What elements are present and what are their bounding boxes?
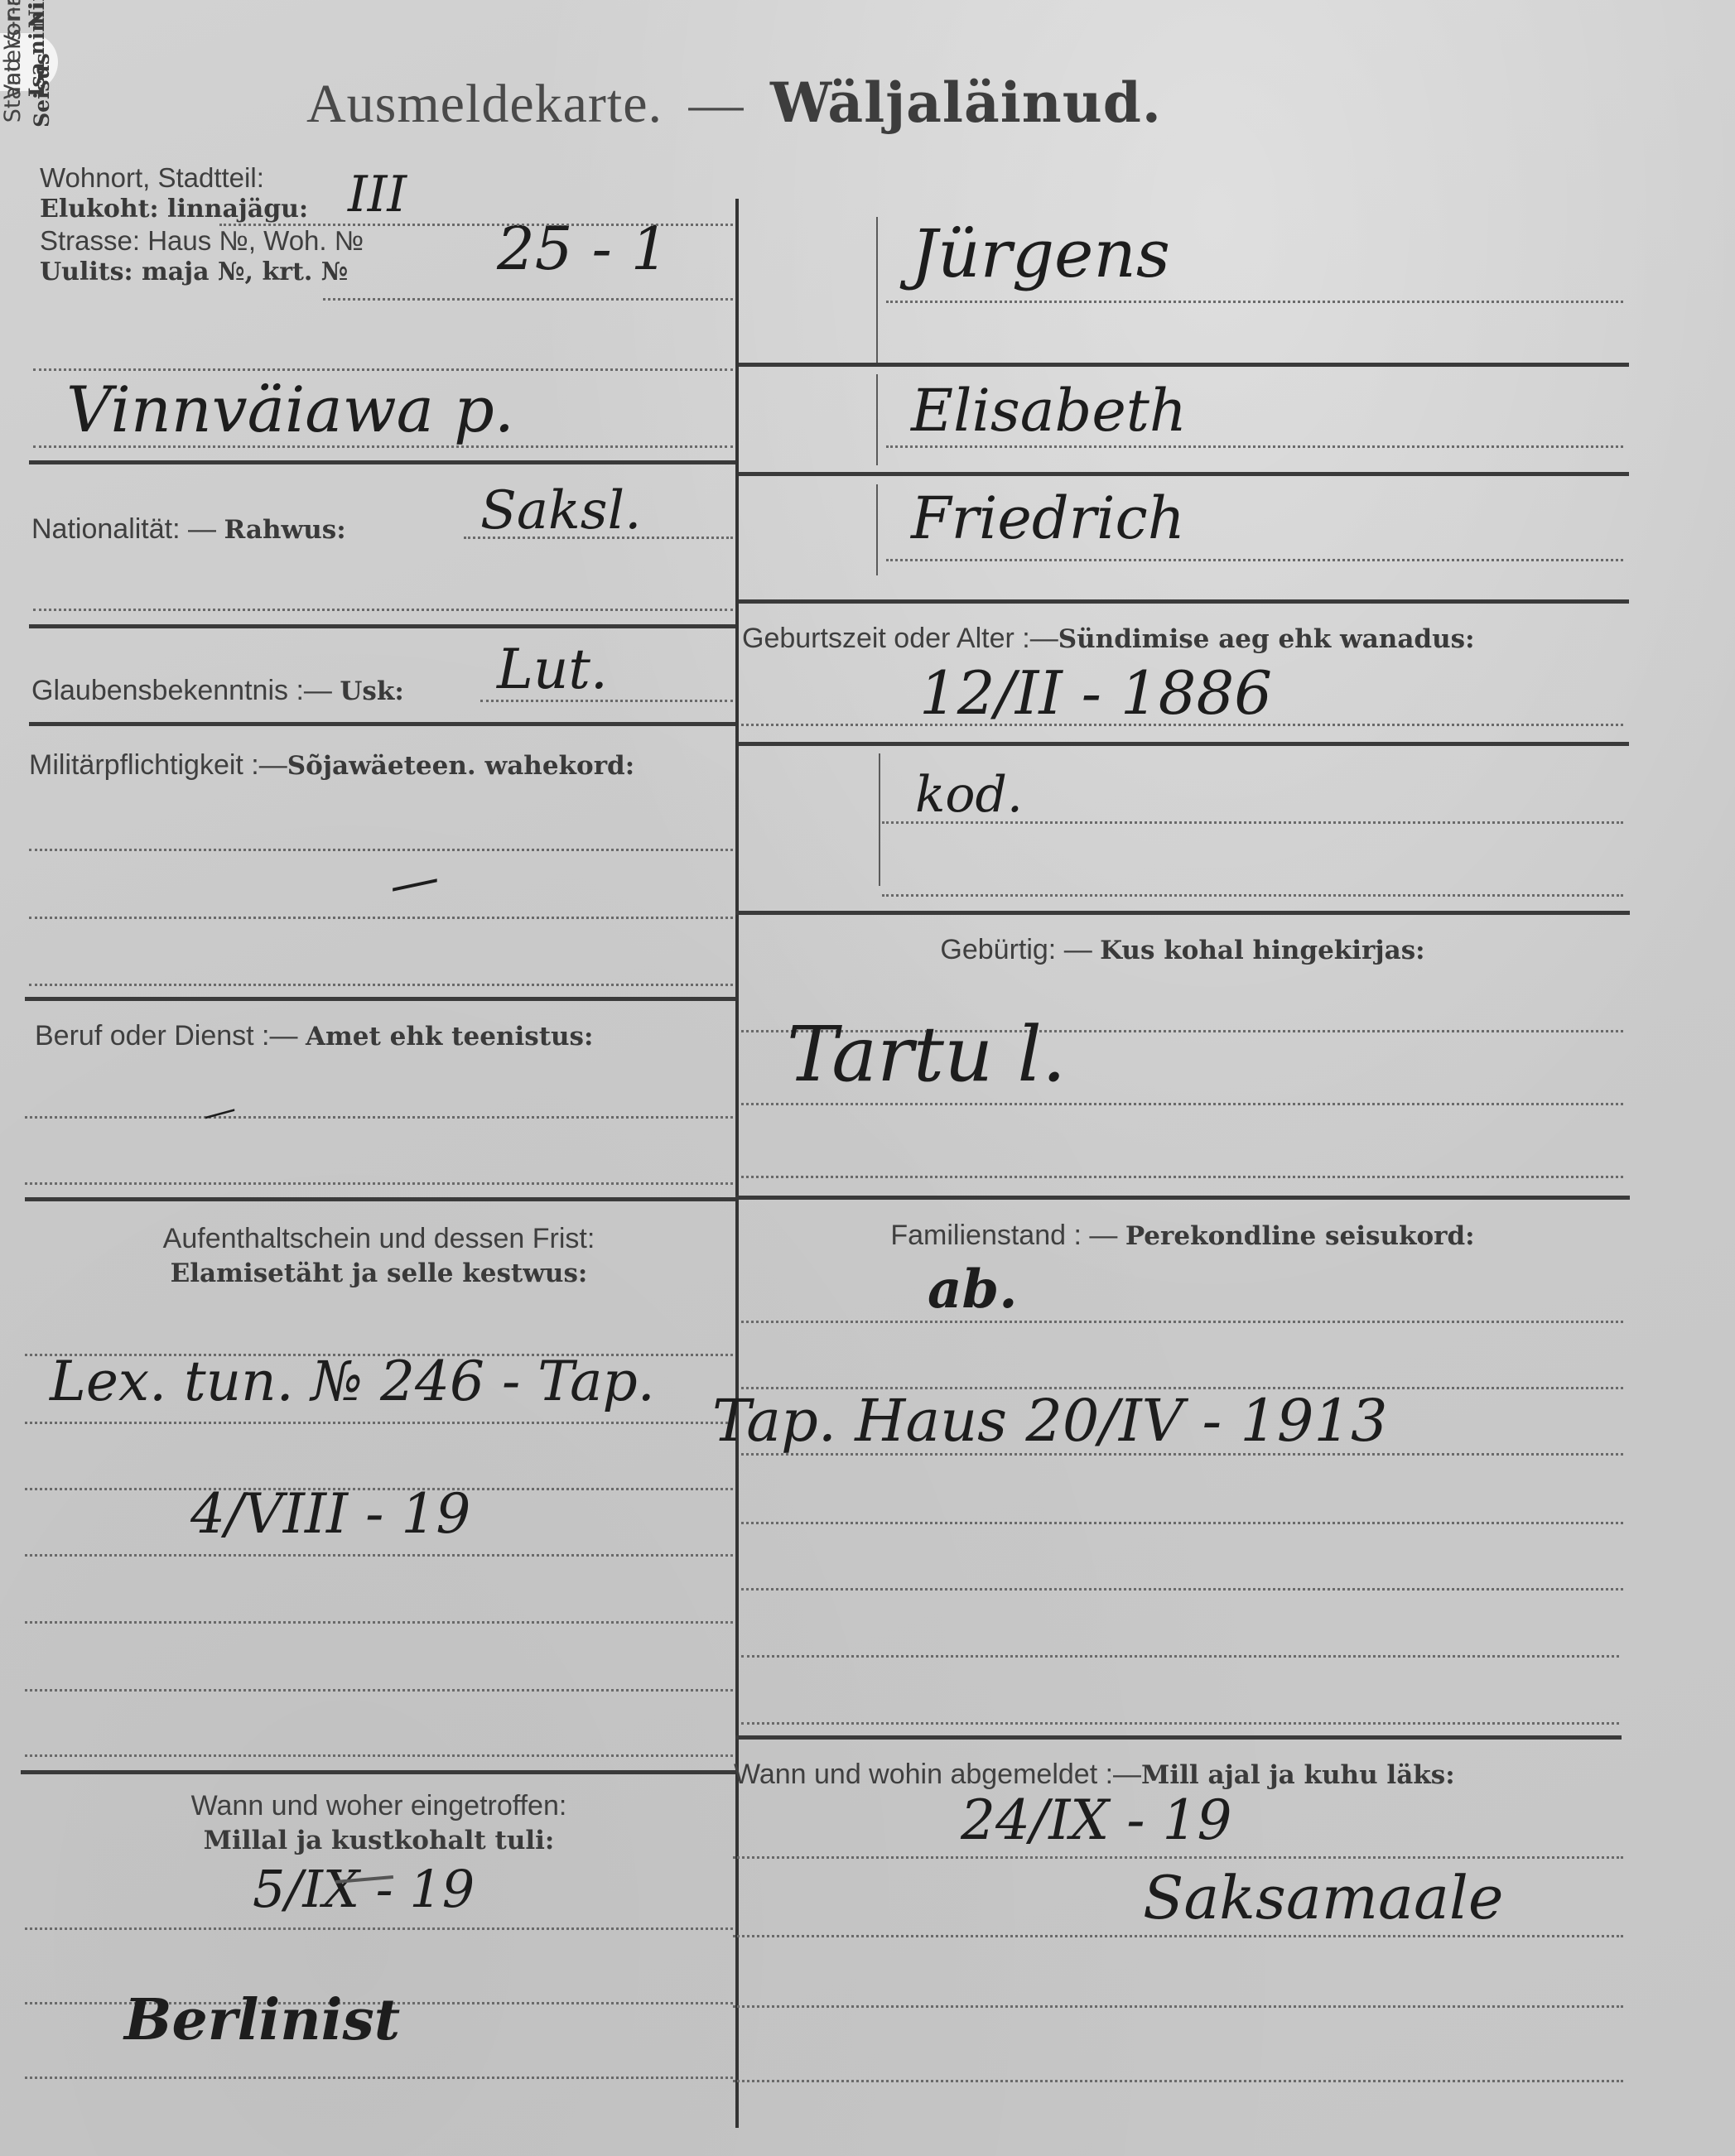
section-divider <box>735 1196 1630 1200</box>
birthplace-label: Gebürtig: — Kus kohal hingekirjas: <box>735 934 1630 966</box>
dotted-line <box>25 1621 733 1624</box>
section-divider <box>739 742 1629 746</box>
dotted-line <box>25 1182 733 1185</box>
religion-label: Glaubensbekenntnis :— Usk: <box>31 675 404 707</box>
section-divider <box>739 599 1629 604</box>
dotted-line <box>733 1856 1623 1859</box>
dotted-line <box>741 1722 1619 1725</box>
address-label-elukoht: Elukoht: linnajägu: <box>40 194 364 225</box>
religion-value[interactable]: Lut. <box>497 638 608 701</box>
section-divider <box>29 624 735 628</box>
dotted-line <box>219 224 733 226</box>
district-value[interactable]: III <box>348 166 407 224</box>
dotted-line <box>882 894 1623 897</box>
dotted-line <box>25 1422 733 1424</box>
document-title: Ausmeldekarte. — Wäljaläinud. <box>306 70 1162 136</box>
label-divider <box>876 484 878 575</box>
status-label: Stand Seisus <box>0 32 55 148</box>
dotted-line <box>33 445 733 448</box>
arrival-label-de: Wann und woher eingetroffen: <box>25 1788 733 1823</box>
dotted-line <box>741 1522 1623 1524</box>
dotted-line <box>25 1116 733 1119</box>
first-name-value[interactable]: Elisabeth <box>911 377 1187 445</box>
residence-permit-value-1[interactable]: Lex. tun. № 246 - Tap. <box>50 1350 655 1413</box>
family-status-value-2[interactable]: Tap. Haus 20/IV - 1913 <box>712 1387 1388 1455</box>
departure-label: Wann und wohin abgemeldet :—Mill ajal ja… <box>734 1759 1455 1791</box>
dotted-line <box>25 1554 733 1557</box>
family-status-label: Familienstand : — Perekondline seisukord… <box>735 1220 1630 1252</box>
departure-date-value[interactable]: 24/IX - 19 <box>961 1788 1232 1852</box>
title-german: Ausmeldekarte. <box>306 74 663 134</box>
dotted-line <box>25 2077 733 2079</box>
dotted-line <box>733 1935 1623 1937</box>
title-estonian: Wäljaläinud. <box>770 70 1162 135</box>
center-divider <box>735 199 739 2128</box>
residence-permit-label: Aufenthaltschein und dessen Frist: Elami… <box>25 1221 733 1291</box>
dotted-line <box>886 445 1623 448</box>
section-divider <box>29 722 735 726</box>
label-divider <box>876 374 878 465</box>
dotted-line <box>741 1321 1623 1323</box>
dotted-line <box>29 984 733 986</box>
surname-value[interactable]: Jürgens <box>911 215 1170 292</box>
dotted-line <box>29 849 733 851</box>
military-label: Militärpflichtigkeit :—Sõjawäeteen. wahe… <box>29 749 634 782</box>
dotted-line <box>882 821 1623 824</box>
dotted-line <box>464 537 733 539</box>
dotted-line <box>741 1453 1623 1456</box>
section-divider <box>29 460 735 464</box>
residence-permit-label-et: Elamisetäht ja selle kestwus: <box>25 1256 733 1291</box>
section-divider <box>735 1735 1622 1740</box>
street-value[interactable]: Vinnväiawa p. <box>66 373 514 446</box>
dotted-line <box>741 1588 1623 1591</box>
address-label-wohnort: Wohnort, Stadtteil: <box>40 162 364 194</box>
dotted-line <box>886 301 1623 303</box>
title-dash: — <box>689 74 745 134</box>
residence-permit-value-2[interactable]: 4/VIII - 19 <box>190 1482 470 1546</box>
dotted-line <box>29 917 733 919</box>
section-divider <box>25 997 735 1001</box>
dotted-line <box>33 368 733 371</box>
father-name-value[interactable]: Friedrich <box>911 484 1185 552</box>
dotted-line <box>480 700 733 702</box>
arrival-date-value[interactable]: 5/IX - 19 <box>253 1859 475 1919</box>
nationality-value[interactable]: Saksl. <box>480 480 641 541</box>
section-divider <box>25 1197 735 1201</box>
address-label-uulits: Uulits: maja №, krt. № <box>40 257 364 288</box>
label-divider <box>879 753 880 886</box>
dotted-line <box>25 1927 733 1930</box>
profession-label: Beruf oder Dienst :— Amet ehk teenistus: <box>35 1020 593 1052</box>
birth-value[interactable]: 12/II - 1886 <box>919 658 1272 728</box>
dotted-line <box>25 1754 733 1757</box>
section-divider <box>735 911 1630 915</box>
nationality-label: Nationalität: — Rahwus: <box>31 513 346 546</box>
status-value[interactable]: kod. <box>915 766 1023 824</box>
arrival-label-et: Millal ja kustkohalt tuli: <box>25 1823 733 1858</box>
section-divider <box>739 363 1629 367</box>
dotted-line <box>886 559 1623 561</box>
address-label-strasse: Strasse: Haus №, Woh. № <box>40 225 364 257</box>
dotted-line <box>741 724 1623 726</box>
dotted-line <box>741 1655 1619 1658</box>
dotted-line <box>733 2080 1623 2082</box>
dotted-line <box>733 2005 1623 2008</box>
section-divider <box>739 472 1629 476</box>
departure-destination-value[interactable]: Saksamaale <box>1143 1863 1504 1932</box>
arrival-label: Wann und woher eingetroffen: Millal ja k… <box>25 1788 733 1858</box>
arrival-from-value[interactable]: Berlinist <box>124 1987 400 2053</box>
dotted-line <box>741 1103 1623 1105</box>
dotted-line <box>33 609 733 611</box>
family-status-value-1[interactable]: ab. <box>928 1258 1018 1321</box>
dotted-line <box>741 1176 1623 1178</box>
section-divider <box>21 1770 735 1774</box>
birthplace-value[interactable]: Tartu l. <box>787 1010 1066 1099</box>
residence-permit-label-de: Aufenthaltschein und dessen Frist: <box>25 1221 733 1256</box>
dotted-line <box>25 1689 733 1692</box>
label-divider <box>876 217 878 366</box>
birth-label: Geburtszeit oder Alter :—Sündimise aeg e… <box>742 623 1475 655</box>
dotted-line <box>323 298 733 301</box>
